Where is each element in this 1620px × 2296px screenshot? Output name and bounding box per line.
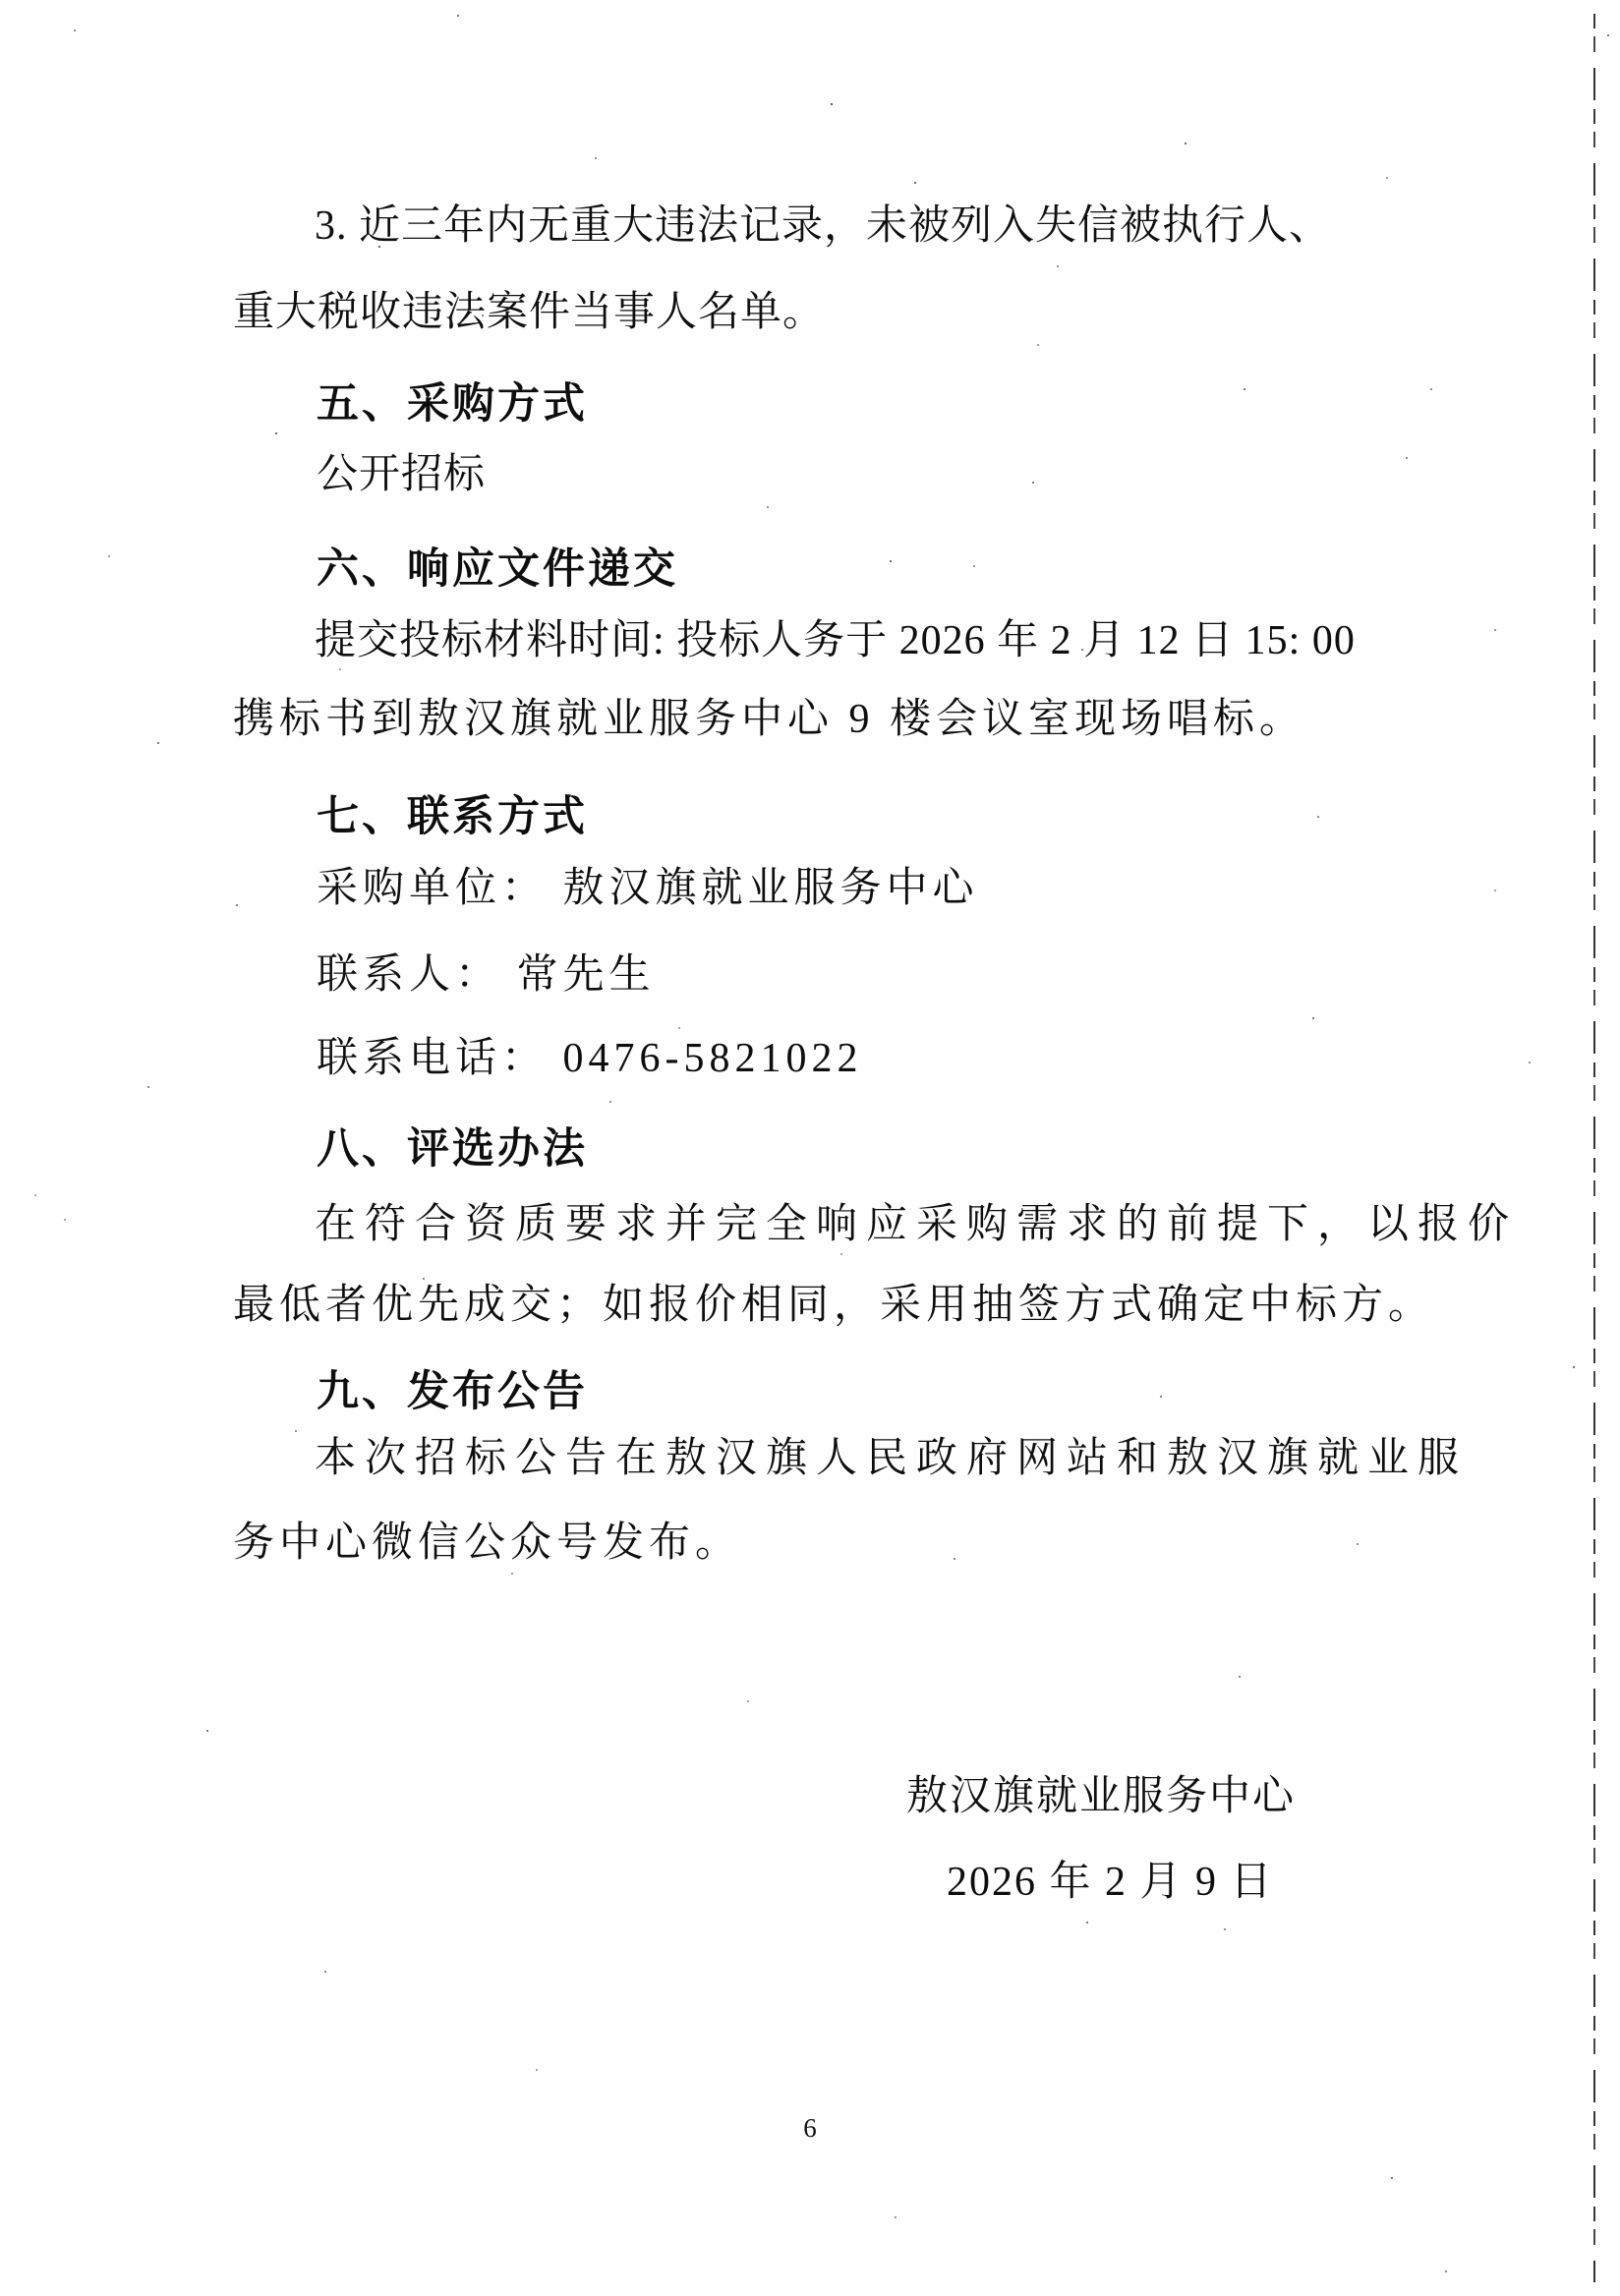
scan-artifact-vertical-line: [1593, 14, 1595, 2282]
section-7-purchaser: 采购单位： 敖汉旗就业服务中心: [317, 865, 979, 912]
section-9-line-1: 本次招标公告在敖汉旗人民政府网站和敖汉旗就业服: [315, 1435, 1468, 1482]
signature-organization: 敖汉旗就业服务中心: [906, 1773, 1296, 1820]
section-8-line-1: 在符合资质要求并完全响应采购需求的前提下，以报价: [315, 1201, 1518, 1248]
section-7-heading: 七、联系方式: [317, 793, 588, 841]
document-page: 3. 近三年内无重大违法记录，未被列入失信被执行人、 重大税收违法案件当事人名单…: [0, 0, 1620, 2296]
section-8-line-2: 最低者优先成交；如报价相同，采用抽签方式确定中标方。: [233, 1282, 1434, 1329]
section-9-line-2: 务中心微信公众号发布。: [233, 1520, 741, 1567]
section-6-line-1: 提交投标材料时间: 投标人务于 2026 年 2 月 12 日 15: 00: [315, 617, 1356, 664]
section-6-heading: 六、响应文件递交: [317, 545, 678, 594]
clause-3-line-2: 重大税收违法案件当事人名单。: [233, 289, 825, 336]
section-7-contact-person: 联系人： 常先生: [317, 951, 656, 999]
page-number: 6: [0, 2113, 1620, 2144]
section-7-phone: 联系电话： 0476-5821022: [317, 1035, 863, 1082]
section-8-heading: 八、评选办法: [317, 1125, 588, 1174]
signature-date: 2026 年 2 月 9 日: [947, 1859, 1274, 1906]
section-5-body: 公开招标: [317, 451, 486, 498]
section-6-line-2: 携标书到敖汉旗就业服务中心 9 楼会议室现场唱标。: [233, 696, 1305, 743]
scan-noise-speckles: [0, 0, 2, 2]
section-9-heading: 九、发布公告: [317, 1368, 588, 1416]
section-5-heading: 五、采购方式: [317, 380, 588, 429]
clause-3-line-1: 3. 近三年内无重大违法记录，未被列入失信被执行人、: [315, 202, 1331, 250]
